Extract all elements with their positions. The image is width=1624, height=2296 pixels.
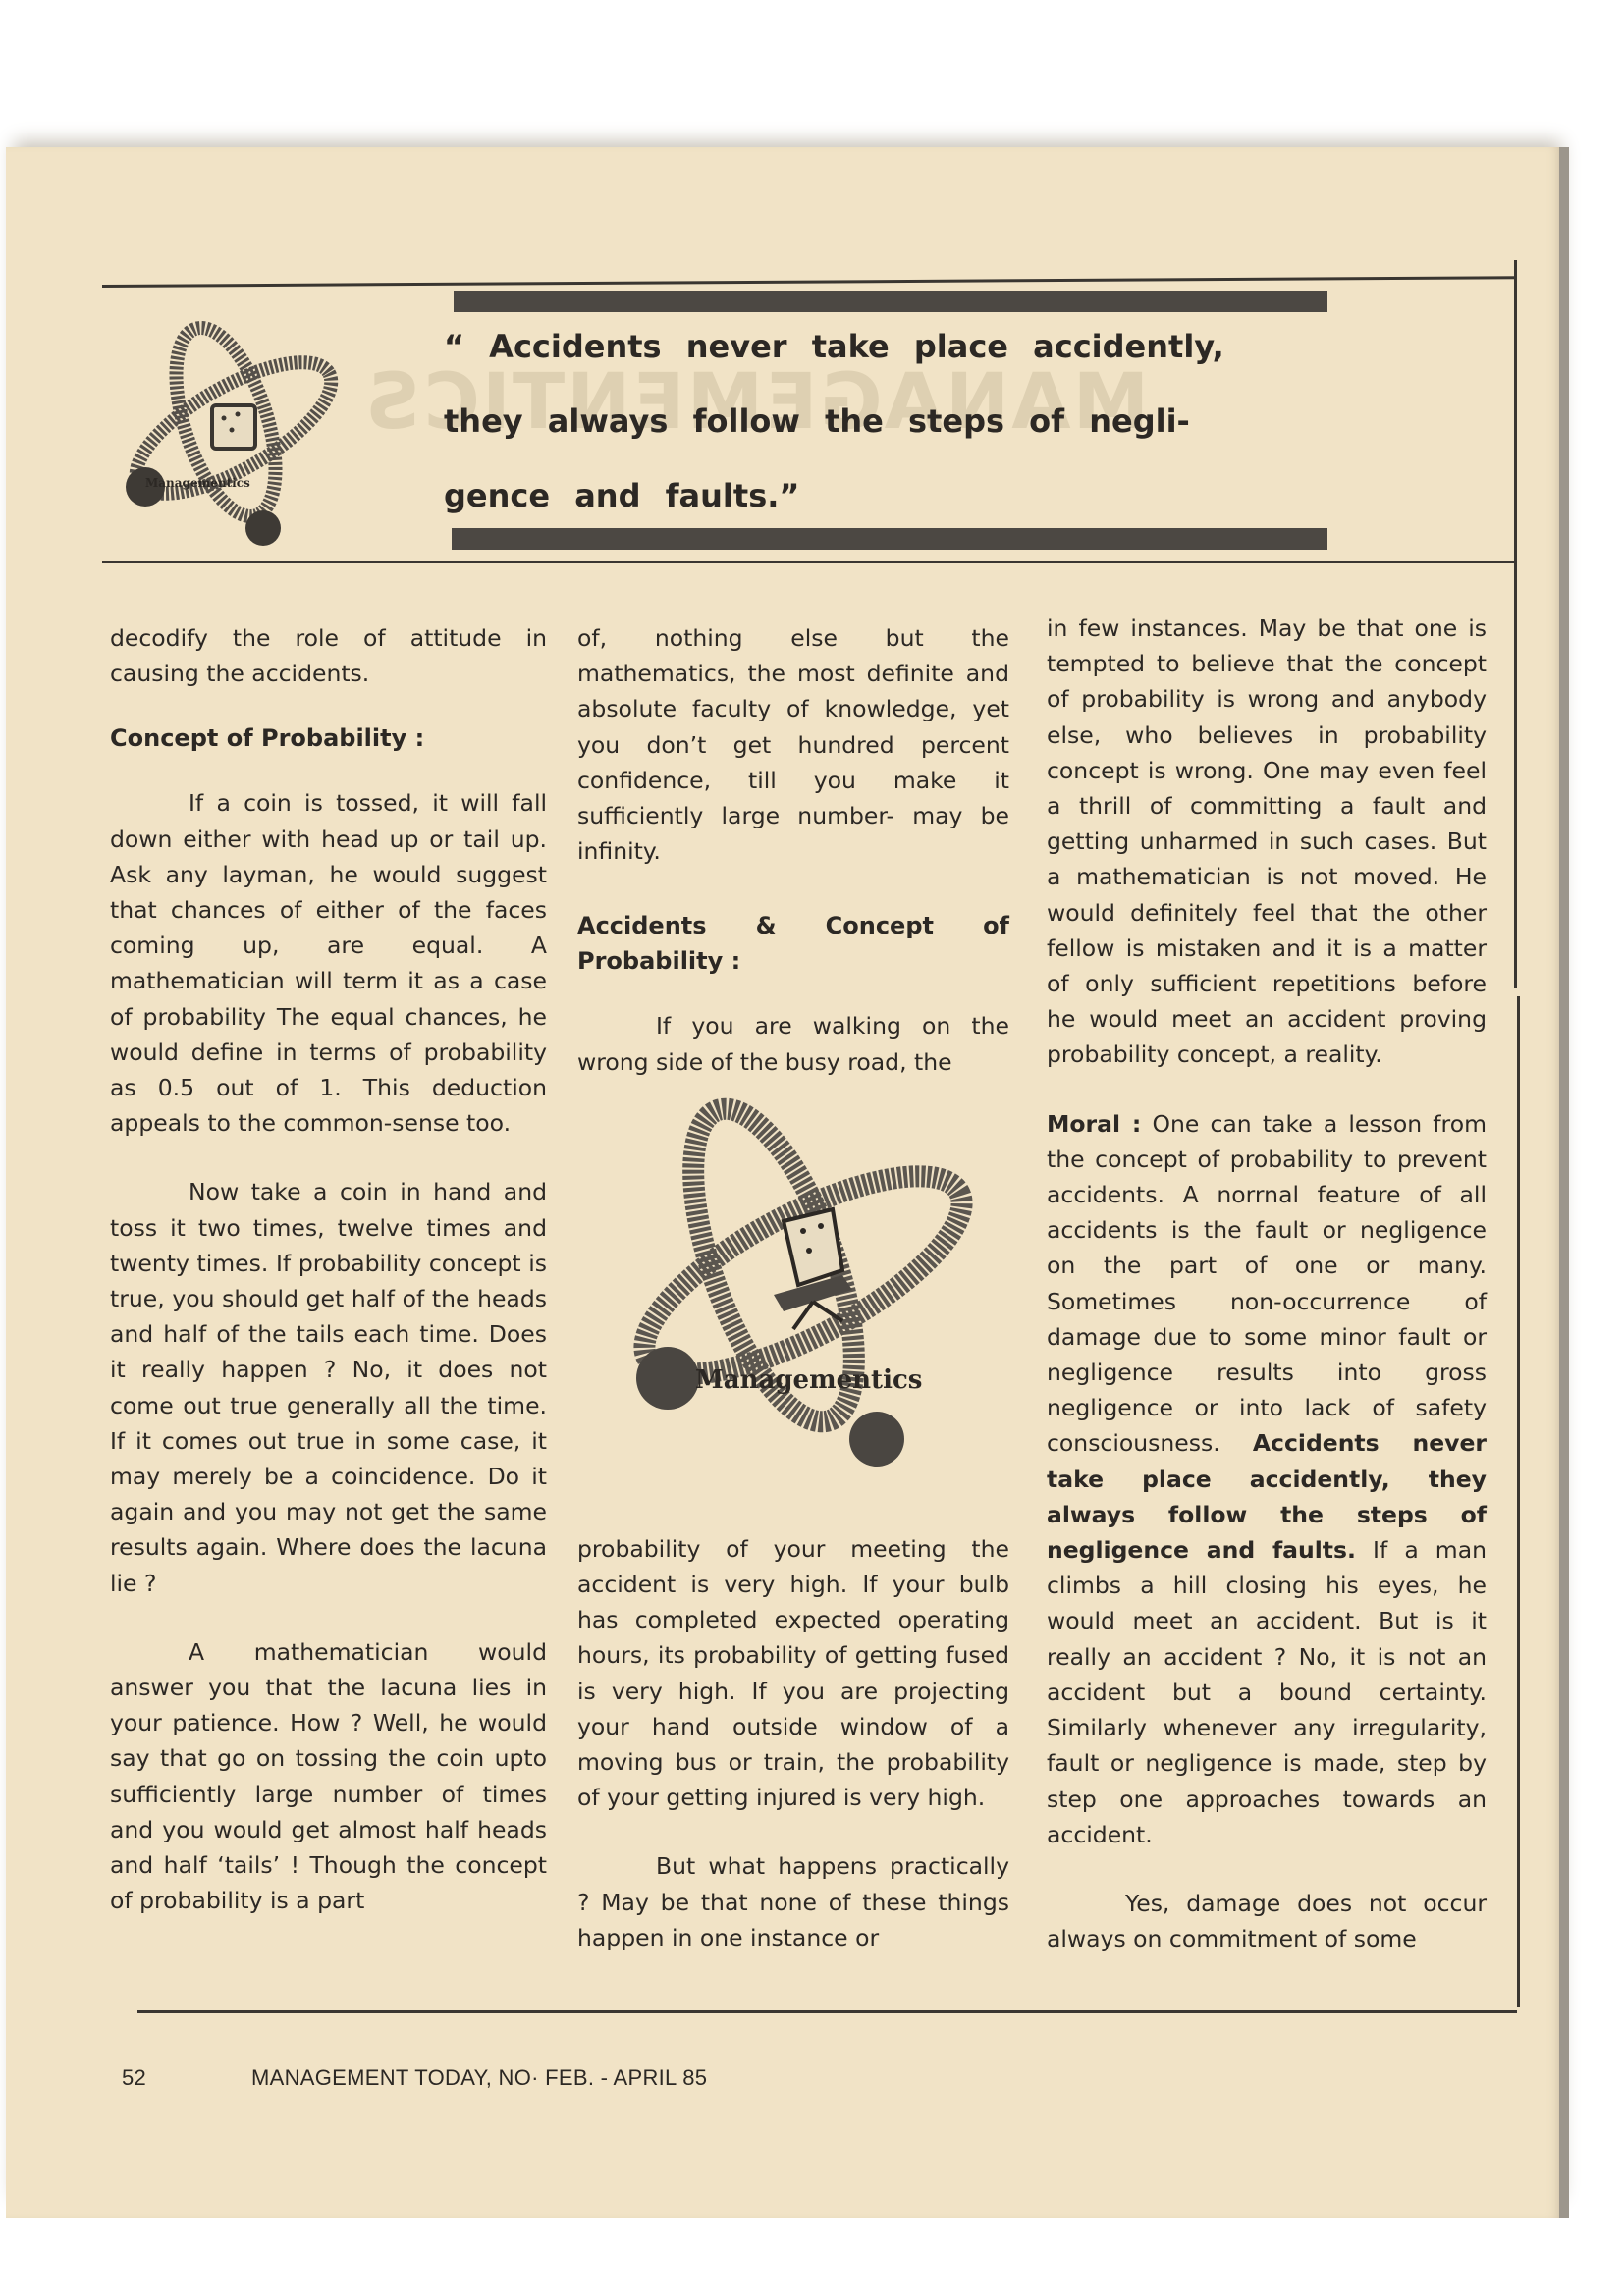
paragraph-mathematician-answer: A mathematician would answer you that th… xyxy=(110,1634,547,1919)
frame-right-rule-lower xyxy=(1517,996,1520,2007)
paragraph-coin-toss: If a coin is tossed, it will fall down e… xyxy=(110,785,547,1141)
header-logo-label: Managementics xyxy=(145,476,250,490)
pull-quote-line-3: gence and faults.” xyxy=(444,458,1327,533)
middle-intro: of, nothing else but the mathematics, th… xyxy=(577,620,1009,869)
heading-concept-of-probability: Concept of Probability : xyxy=(110,721,547,756)
frame-right-rule-upper xyxy=(1514,260,1517,988)
pull-quote-line-2: they always follow the steps of negli- xyxy=(444,384,1327,458)
page-number: 52 xyxy=(122,2065,146,2091)
paragraph-toss-repeatedly: Now take a coin in hand and toss it two … xyxy=(110,1174,547,1600)
right-intro: in few instances. May be that one is tem… xyxy=(1047,611,1487,1073)
paragraph-what-happens-practically: But what happens practically ? May be th… xyxy=(577,1848,1009,1955)
moral-rest: If a man climbs a hill closing his eyes,… xyxy=(1047,1536,1487,1848)
column-left: decodify the role of attitude in causing… xyxy=(110,620,547,1919)
paragraph-probability-high: probability of your meeting the accident… xyxy=(577,1531,1009,1816)
moral-text: One can take a lesson from the concept o… xyxy=(1047,1110,1487,1458)
heading-accidents-and-probability: Accidents & Concept of Probability : xyxy=(577,908,1009,979)
figure-managementics: Managementics xyxy=(577,1080,1009,1531)
paragraph-damage-does-not-occur: Yes, damage does not occur always on com… xyxy=(1047,1886,1487,1956)
column-right: in few instances. May be that one is tem… xyxy=(1047,611,1487,1956)
publication-info: MANAGEMENT TODAY, NO· FEB. - APRIL 85 xyxy=(251,2065,707,2091)
paragraph-moral: Moral : One can take a lesson from the c… xyxy=(1047,1106,1487,1852)
moral-label: Moral : xyxy=(1047,1110,1141,1138)
paragraph-wrong-side-of-road: If you are walking on the wrong side of … xyxy=(577,1008,1009,1079)
column-middle: of, nothing else but the mathematics, th… xyxy=(577,620,1009,1955)
figure-label: Managementics xyxy=(695,1362,922,1398)
left-intro: decodify the role of attitude in causing… xyxy=(110,620,547,691)
pull-quote: “ Accidents never take place accidently,… xyxy=(444,309,1327,533)
managementics-logo-icon xyxy=(116,312,352,548)
managementics-figure-icon xyxy=(626,1094,980,1467)
bottom-rule xyxy=(137,2010,1517,2013)
pull-quote-line-1: “ Accidents never take place accidently, xyxy=(444,309,1327,384)
page-edge-shadow xyxy=(1559,147,1569,2218)
quote-band-bottom xyxy=(452,528,1327,550)
header-bottom-rule xyxy=(102,561,1516,563)
